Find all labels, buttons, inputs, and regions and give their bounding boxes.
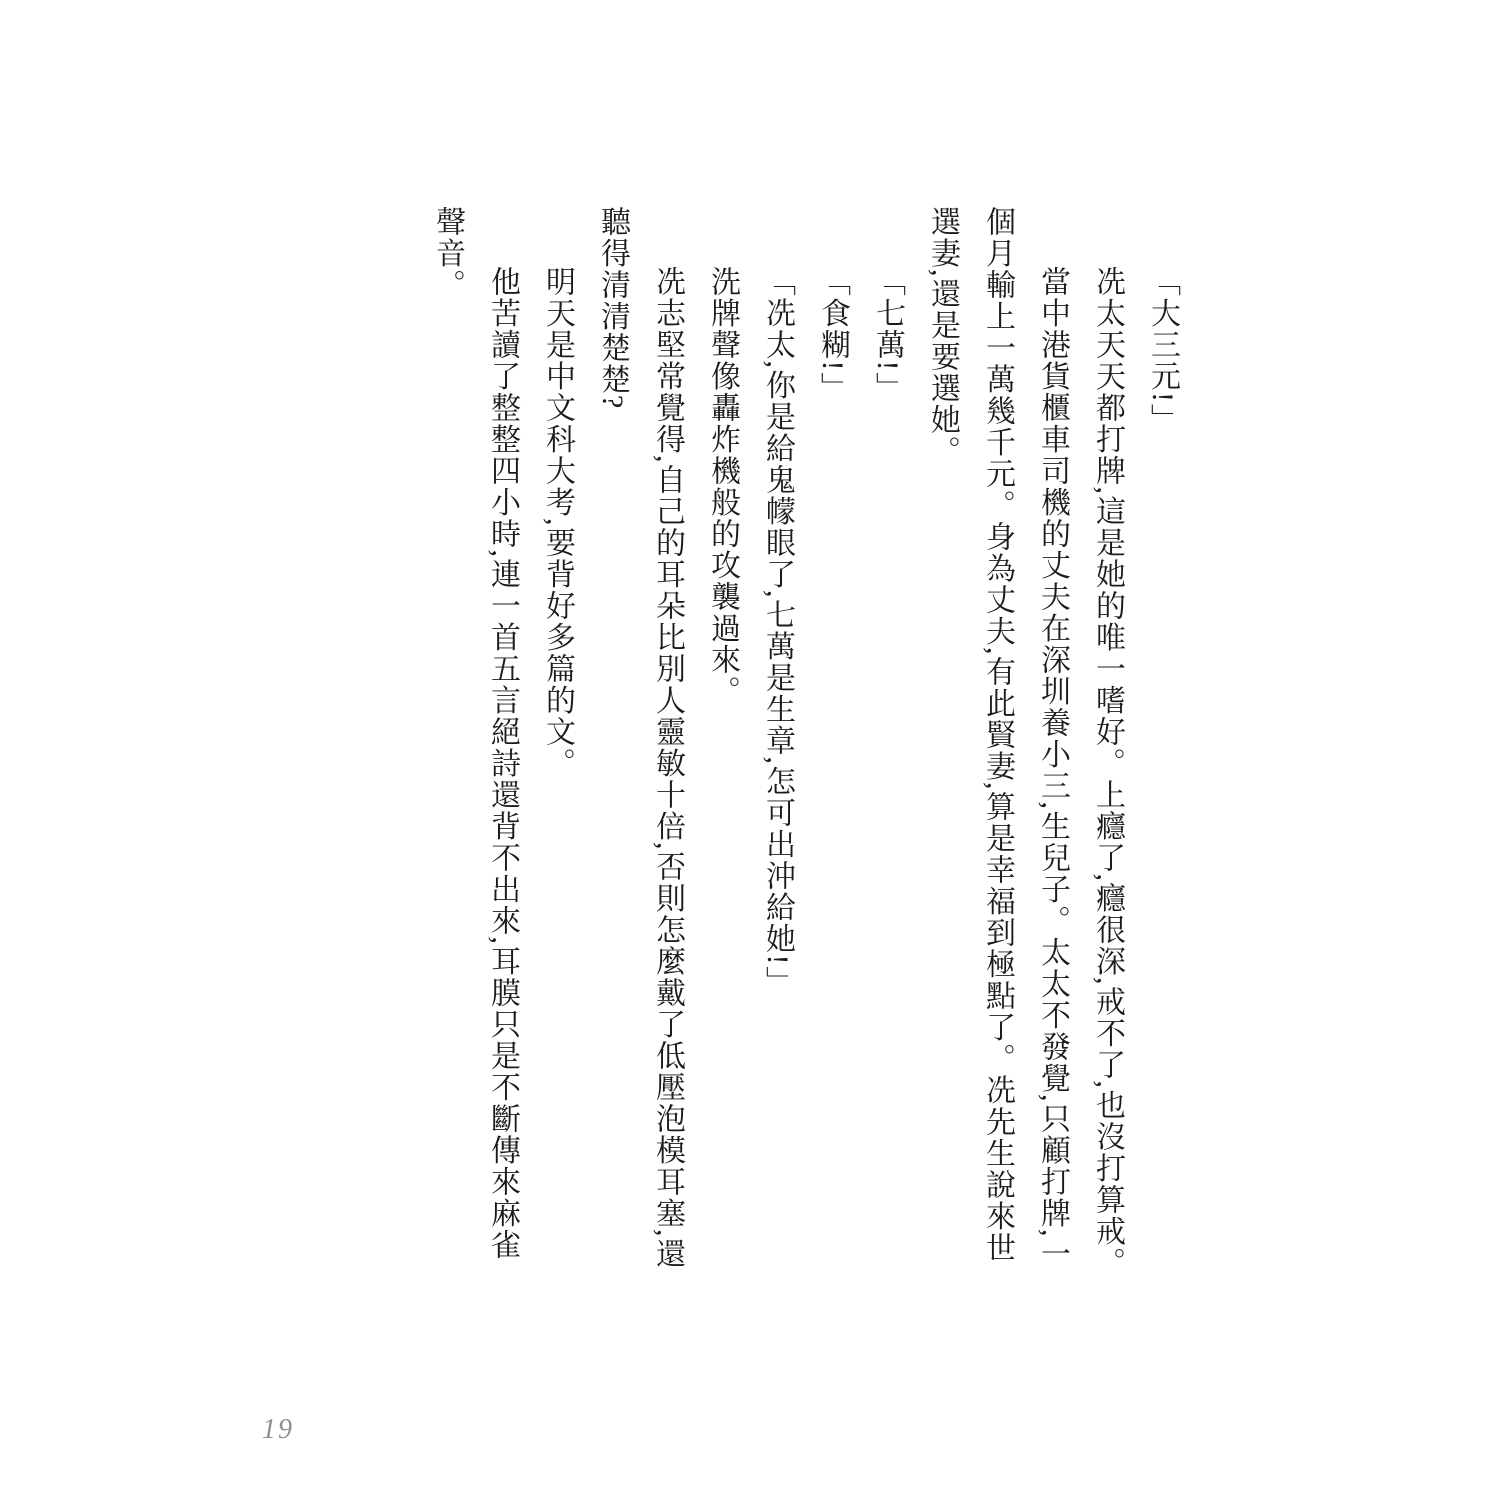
vertical-text-block: 「大三元!」冼太天天都打牌,這是她的唯一嗜好。上癮了,癮很深,戒不了,也沒打算戒… [420,206,1190,1286]
book-page: 「大三元!」冼太天天都打牌,這是她的唯一嗜好。上癮了,癮很深,戒不了,也沒打算戒… [0,0,1500,1500]
paragraph: 他苦讀了整整四小時,連一首五言絕詩還背不出來,耳膜只是不斷傳來麻雀聲音。 [420,206,530,1286]
paragraph: 當中港貨櫃車司機的丈夫在深圳養小三,生兒子。太太不發覺,只顧打牌,一個月輸上一萬… [915,206,1080,1286]
paragraph: 明天是中文科大考,要背好多篇的文。 [530,206,585,1286]
paragraph: 冼太天天都打牌,這是她的唯一嗜好。上癮了,癮很深,戒不了,也沒打算戒。 [1080,206,1135,1286]
paragraph: 「七萬!」 [860,206,915,1286]
paragraph: 「大三元!」 [1135,206,1190,1286]
paragraph: 「食糊!」 [805,206,860,1286]
page-number: 19 [262,1414,294,1446]
paragraph: 冼志堅常覺得,自己的耳朵比別人靈敏十倍,否則怎麼戴了低壓泡模耳塞,還聽得清清楚楚… [585,206,695,1286]
paragraph: 「冼太,你是給鬼幪眼了,七萬是生章,怎可出沖給她!」 [750,206,805,1286]
paragraph: 洗牌聲像轟炸機般的攻襲過來。 [695,206,750,1286]
